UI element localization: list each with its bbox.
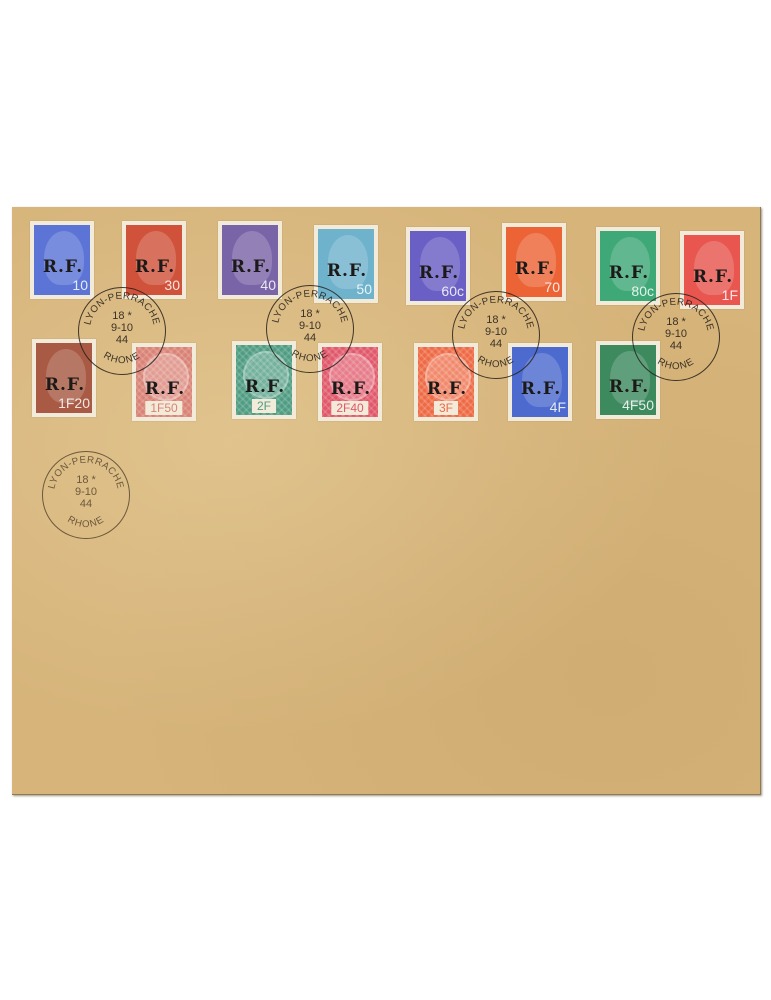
postmark: LYON-PERRACHERHONE18 *9-1044 xyxy=(266,285,354,373)
overprint-text: R.F. xyxy=(130,257,180,277)
svg-text:RHONE: RHONE xyxy=(290,348,331,364)
postmark-date: 18 *9-1044 xyxy=(43,474,129,510)
overprint-text: R.F. xyxy=(322,261,372,281)
overprint-text: R.F. xyxy=(38,257,88,277)
svg-text:RHONE: RHONE xyxy=(656,356,697,372)
overprint-text: R.F. xyxy=(140,379,190,399)
overprint-text: R.F. xyxy=(414,263,464,283)
stamp-value: 4F xyxy=(550,399,566,415)
overprint-text: R.F. xyxy=(326,379,376,399)
stamp: R.F.70 xyxy=(502,223,566,301)
stamp-value: 30 xyxy=(164,277,180,293)
postmark-date: 18 *9-1044 xyxy=(267,308,353,344)
stamp-value: 4F50 xyxy=(622,397,654,413)
stamp-value: 2F xyxy=(252,399,276,413)
overprint-text: R.F. xyxy=(40,375,90,395)
svg-text:RHONE: RHONE xyxy=(102,350,143,366)
postmark: LYON-PERRACHERHONE18 *9-1044 xyxy=(78,287,166,375)
overprint-text: R.F. xyxy=(604,263,654,283)
stamp-value: 1F20 xyxy=(58,395,90,411)
stamp-value: 1F50 xyxy=(145,401,182,415)
postmark-date: 18 *9-1044 xyxy=(79,310,165,346)
svg-text:RHONE: RHONE xyxy=(476,354,517,370)
svg-text:RHONE: RHONE xyxy=(66,514,107,530)
overprint-text: R.F. xyxy=(688,267,738,287)
overprint-text: R.F. xyxy=(604,377,654,397)
postmark: LYON-PERRACHERHONE18 *9-1044 xyxy=(42,451,130,539)
stamp-value: 70 xyxy=(544,279,560,295)
overprint-text: R.F. xyxy=(226,257,276,277)
envelope: R.F.10R.F.30R.F.40R.F.50R.F.60cR.F.70R.F… xyxy=(12,207,761,795)
postmark-date: 18 *9-1044 xyxy=(453,314,539,350)
stamp-value: 3F xyxy=(434,401,458,415)
postmark: LYON-PERRACHERHONE18 *9-1044 xyxy=(452,291,540,379)
overprint-text: R.F. xyxy=(422,379,472,399)
stamp-value: 50 xyxy=(356,281,372,297)
stamp-value: 2F40 xyxy=(331,401,368,415)
overprint-text: R.F. xyxy=(516,379,566,399)
stamp-value: 1F xyxy=(722,287,738,303)
postmark: LYON-PERRACHERHONE18 *9-1044 xyxy=(632,293,720,381)
overprint-text: R.F. xyxy=(240,377,290,397)
postmark-date: 18 *9-1044 xyxy=(633,316,719,352)
overprint-text: R.F. xyxy=(510,259,560,279)
